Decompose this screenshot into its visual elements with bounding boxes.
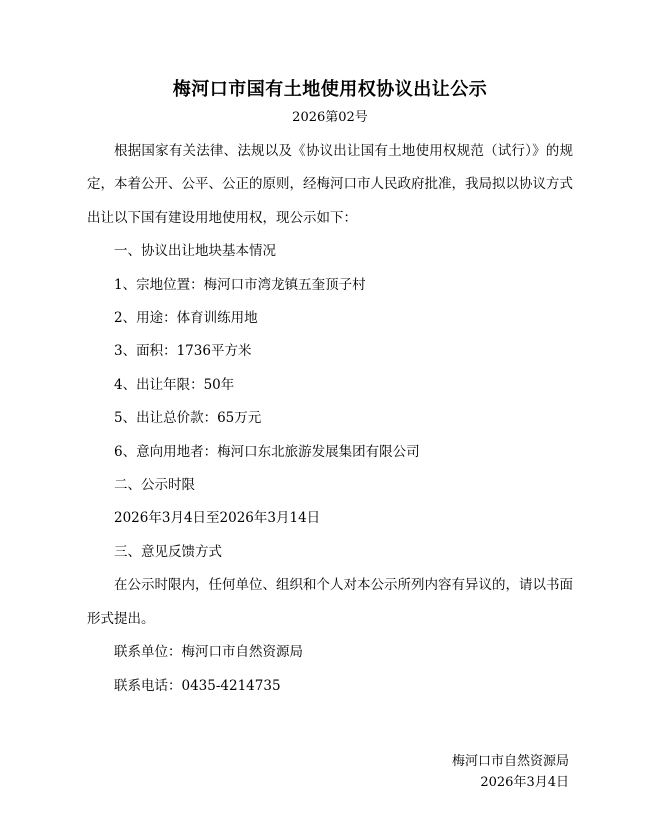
paragraph: 一、协议出让地块基本情况 (87, 235, 573, 268)
signature-date: 2026年3月4日 (87, 772, 569, 793)
paragraph: 2026年3月4日至2026年3月14日 (87, 502, 573, 535)
paragraph: 5、出让总价款：65万元 (87, 402, 573, 435)
paragraph: 4、出让年限：50年 (87, 369, 573, 402)
document-number: 2026第02号 (87, 109, 573, 127)
document-body: 根据国家有关法律、法规以及《协议出让国有土地使用权规范（试行）》的规定，本着公开… (87, 135, 573, 703)
notice-document: 梅河口市国有土地使用权协议出让公示 2026第02号 根据国家有关法律、法规以及… (0, 0, 648, 832)
paragraph: 根据国家有关法律、法规以及《协议出让国有土地使用权规范（试行）》的规定，本着公开… (87, 135, 573, 235)
document-title: 梅河口市国有土地使用权协议出让公示 (87, 78, 573, 102)
paragraph: 二、公示时限 (87, 469, 573, 502)
paragraph: 联系单位：梅河口市自然资源局 (87, 636, 573, 669)
paragraph: 三、意见反馈方式 (87, 536, 573, 569)
signature-org: 梅河口市自然资源局 (87, 751, 569, 772)
paragraph: 2、用途：体育训练用地 (87, 302, 573, 335)
signature-block: 梅河口市自然资源局 2026年3月4日 (87, 751, 569, 793)
paragraph: 1、宗地位置：梅河口市湾龙镇五奎顶子村 (87, 269, 573, 302)
paragraph: 3、面积：1736平方米 (87, 335, 573, 368)
paragraph: 在公示时限内，任何单位、组织和个人对本公示所列内容有异议的，请以书面形式提出。 (87, 569, 573, 636)
paragraph: 6、意向用地者：梅河口东北旅游发展集团有限公司 (87, 436, 573, 469)
paragraph: 联系电话：0435-4214735 (87, 670, 573, 703)
